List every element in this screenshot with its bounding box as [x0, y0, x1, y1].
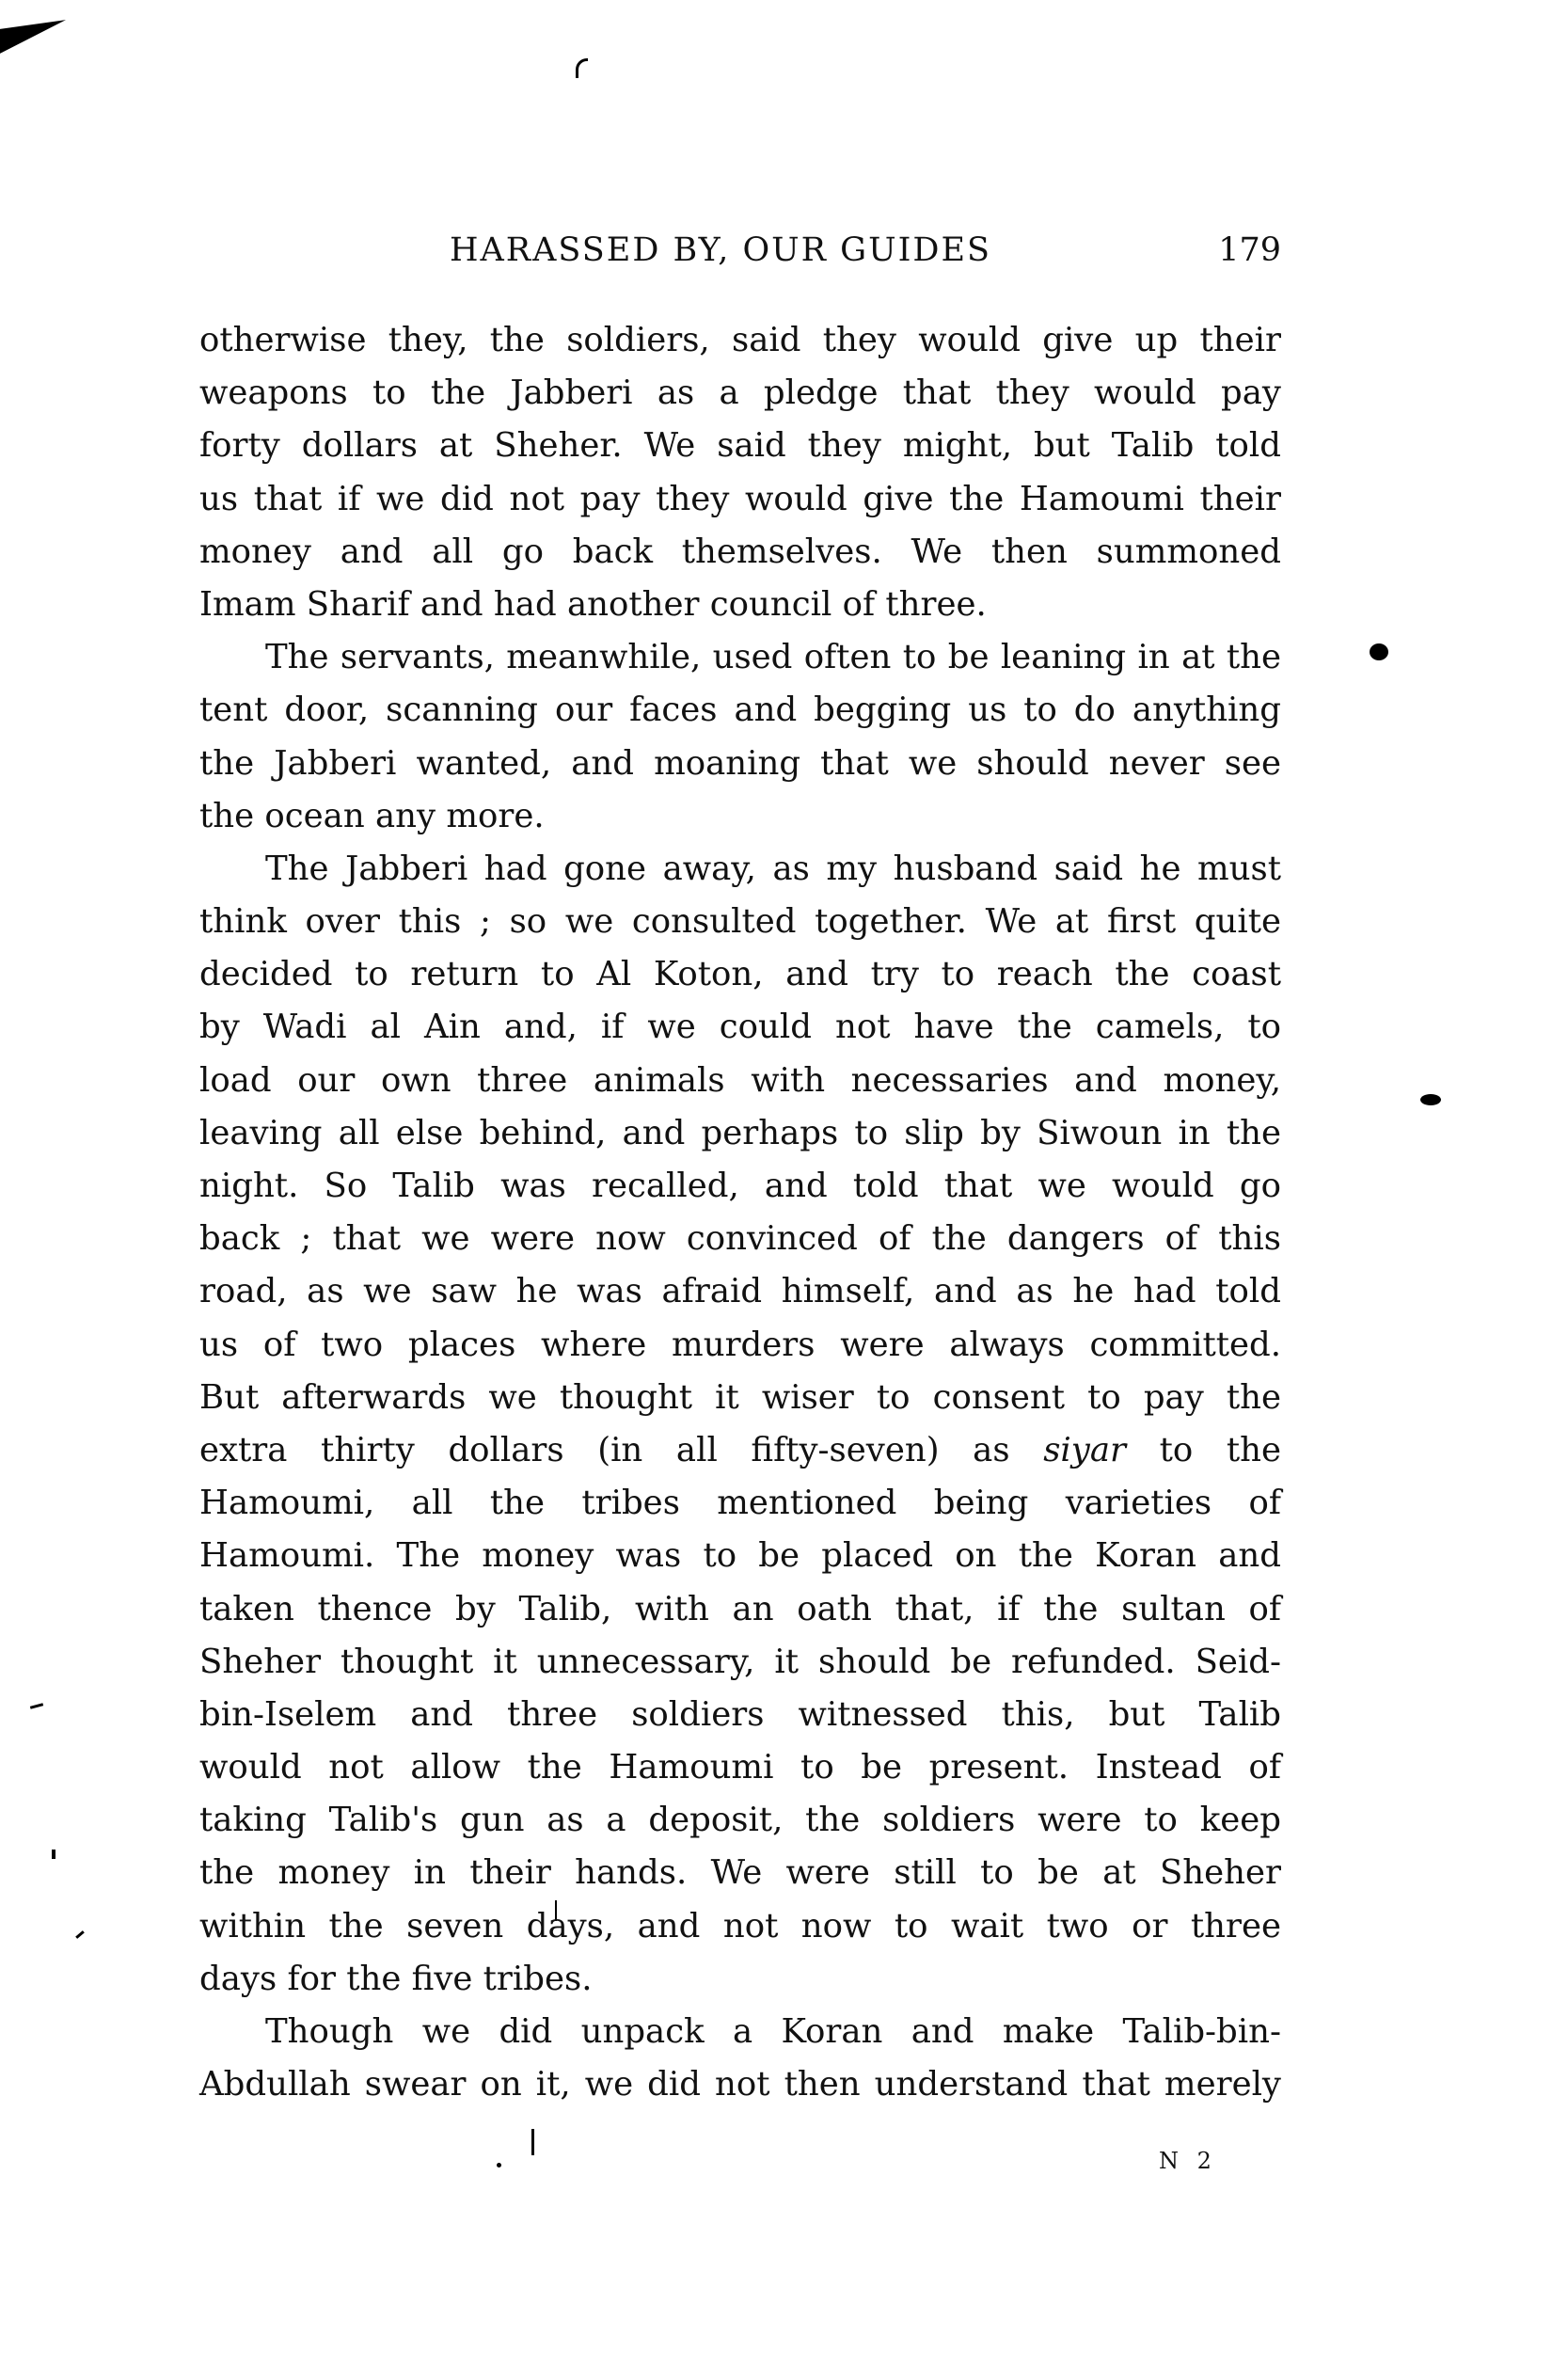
- text-line: the ocean any more.: [199, 790, 1281, 843]
- text-line: road, as we saw he was afraid himself, a…: [199, 1265, 1281, 1318]
- text-line: The Jabberi had gone away, as my husband…: [199, 843, 1281, 896]
- text-line: Hamoumi, all the tribes mentioned being …: [199, 1477, 1281, 1530]
- text-line: otherwise they, the soldiers, said they …: [199, 314, 1281, 367]
- text-line: forty dollars at Sheher. We said they mi…: [199, 420, 1281, 472]
- text-line: us that if we did not pay they would giv…: [199, 473, 1281, 526]
- text-line: Abdullah swear on it, we did not then un…: [199, 2058, 1281, 2111]
- scan-mark-footer-stroke: [531, 2129, 534, 2155]
- text-span: extra thirty dollars (in all fifty-seven…: [199, 1431, 1043, 1469]
- scan-corner-artifact: [0, 20, 66, 54]
- text-line: taken thence by Talib, with an oath that…: [199, 1583, 1281, 1636]
- text-line: the Jabberi wanted, and moaning that we …: [199, 738, 1281, 790]
- italic-term: siyar: [1043, 1431, 1126, 1469]
- text-line: Hamoumi. The money was to be placed on t…: [199, 1530, 1281, 1582]
- text-line: But afterwards we thought it wiser to co…: [199, 1372, 1281, 1424]
- text-line: money and all go back themselves. We the…: [199, 526, 1281, 579]
- text-line: think over this ; so we consulted togeth…: [199, 896, 1281, 948]
- ink-blot-2: [1420, 1094, 1441, 1105]
- scan-mark-left-3: [75, 1930, 85, 1939]
- text-line: taking Talib's gun as a deposit, the sol…: [199, 1794, 1281, 1847]
- running-head: HARASSED BY, OUR GUIDES 179: [199, 230, 1281, 271]
- scan-mark-left-1: [30, 1703, 43, 1709]
- scan-dot-footer: [497, 2163, 501, 2168]
- text-line: load our own three animals with necessar…: [199, 1055, 1281, 1107]
- text-line: Sheher thought it unnecessary, it should…: [199, 1636, 1281, 1689]
- text-line: would not allow the Hamoumi to be presen…: [199, 1741, 1281, 1794]
- text-line: extra thirty dollars (in all fifty-seven…: [199, 1424, 1281, 1477]
- text-line: The servants, meanwhile, used often to b…: [199, 631, 1281, 684]
- running-title: HARASSED BY, OUR GUIDES: [450, 230, 991, 271]
- text-line: days for the five tribes.: [199, 1953, 1281, 2006]
- scan-mark-left-2: [52, 1850, 55, 1859]
- text-line: decided to return to Al Koton, and try t…: [199, 948, 1281, 1001]
- scan-mark-arc: [576, 58, 588, 78]
- text-line: weapons to the Jabberi as a pledge that …: [199, 367, 1281, 420]
- text-line: within the seven days, and not now to wa…: [199, 1900, 1281, 1953]
- body-text: otherwise they, the soldiers, said they …: [199, 314, 1281, 2111]
- text-line: Though we did unpack a Koran and make Ta…: [199, 2006, 1281, 2058]
- text-line: leaving all else behind, and perhaps to …: [199, 1107, 1281, 1160]
- text-line: by Wadi al Ain and, if we could not have…: [199, 1001, 1281, 1054]
- ink-blot-1: [1370, 643, 1388, 660]
- text-line: night. So Talib was recalled, and told t…: [199, 1160, 1281, 1213]
- text-line: us of two places where murders were alwa…: [199, 1319, 1281, 1372]
- text-line: Imam Sharif and had another council of t…: [199, 579, 1281, 631]
- text-line: back ; that we were now convinced of the…: [199, 1213, 1281, 1265]
- page-number: 179: [1218, 230, 1281, 271]
- text-line: the money in their hands. We were still …: [199, 1847, 1281, 1899]
- signature-mark: N 2: [1159, 2148, 1217, 2174]
- book-page: HARASSED BY, OUR GUIDES 179 otherwise th…: [0, 0, 1568, 2366]
- text-line: bin-Iselem and three soldiers witnessed …: [199, 1689, 1281, 1741]
- text-span: to the: [1126, 1431, 1281, 1469]
- text-line: tent door, scanning our faces and beggin…: [199, 684, 1281, 737]
